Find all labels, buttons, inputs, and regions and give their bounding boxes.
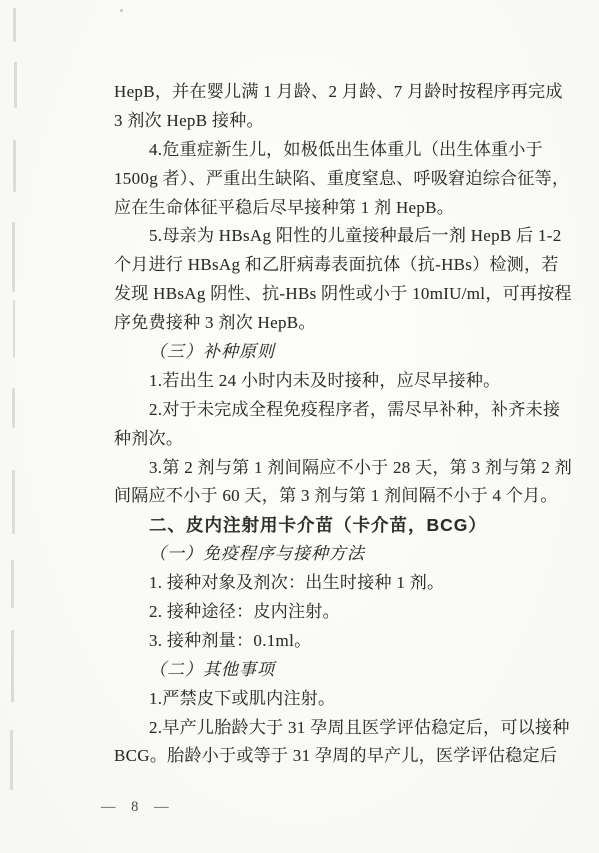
text-line: 1500g 者）、严重出生缺陷、重度窒息、呼吸窘迫综合征等， (114, 165, 544, 194)
text-line: 2.早产儿胎龄大于 31 孕周且医学评估稳定后，可以接种 (114, 714, 544, 743)
text-line: 应在生命体征平稳后尽早接种第 1 剂 HepB。 (114, 194, 544, 223)
text-line: 间隔应不小于 60 天，第 3 剂与第 1 剂间隔不小于 4 个月。 (114, 482, 544, 511)
scanned-document-page: HepB，并在婴儿满 1 月龄、2 月龄、7 月龄时按程序再完成3 剂次 Hep… (0, 0, 599, 853)
document-lines: HepB，并在婴儿满 1 月龄、2 月龄、7 月龄时按程序再完成3 剂次 Hep… (114, 78, 544, 771)
text-line: 发现 HBsAg 阴性、抗-HBs 阴性或小于 10mIU/ml，可再按程 (114, 280, 544, 309)
text-line: 1.若出生 24 小时内未及时接种，应尽早接种。 (114, 367, 544, 396)
text-line: 4.危重症新生儿，如极低出生体重儿（出生体重小于 (114, 136, 544, 165)
text-line: 2. 接种途径：皮内注射。 (114, 598, 544, 627)
text-line: 序免费接种 3 剂次 HepB。 (114, 309, 544, 338)
text-line: 1. 接种对象及剂次：出生时接种 1 剂。 (114, 569, 544, 598)
text-line: 3 剂次 HepB 接种。 (114, 107, 544, 136)
text-line: 1.严禁皮下或肌内注射。 (114, 685, 544, 714)
text-line: 种剂次。 (114, 425, 544, 454)
text-line: HepB，并在婴儿满 1 月龄、2 月龄、7 月龄时按程序再完成 (114, 78, 544, 107)
text-line: 2.对于未完成全程免疫程序者，需尽早补种，补齐未接 (114, 396, 544, 425)
text-line: （一）免疫程序与接种方法 (114, 540, 544, 569)
text-line: 3.第 2 剂与第 1 剂间隔应不小于 28 天，第 3 剂与第 2 剂 (114, 454, 544, 483)
text-line: 二、皮内注射用卡介苗（卡介苗，BCG） (114, 511, 544, 540)
text-line: （二）其他事项 (114, 656, 544, 685)
page-number: — 8 — (101, 799, 175, 816)
text-line: 个月进行 HBsAg 和乙肝病毒表面抗体（抗-HBs）检测，若 (114, 251, 544, 280)
text-line: BCG。胎龄小于或等于 31 孕周的早产儿，医学评估稳定后 (114, 742, 544, 771)
text-line: 5.母亲为 HBsAg 阳性的儿童接种最后一剂 HepB 后 1-2 (114, 222, 544, 251)
text-line: （三）补种原则 (114, 338, 544, 367)
text-line: 3. 接种剂量：0.1ml。 (114, 627, 544, 656)
